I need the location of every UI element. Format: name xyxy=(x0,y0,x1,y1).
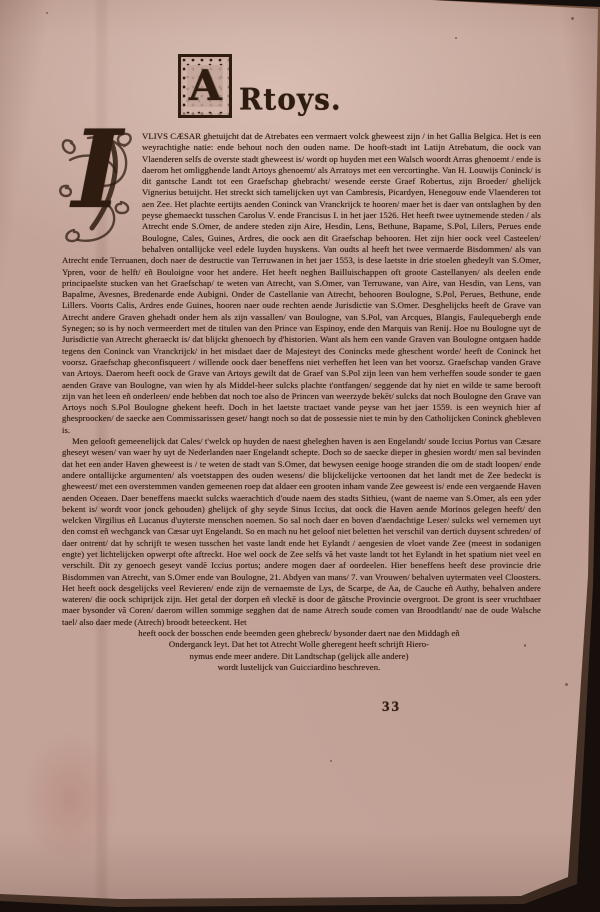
paper-speck xyxy=(46,12,48,14)
photo-background: A Rtoys. xyxy=(0,0,600,912)
text-block: I VLIVS CÆSAR ghetuijcht dat de Atrebate… xyxy=(62,131,541,673)
page-number: 33 xyxy=(382,699,401,716)
book-page: A Rtoys. xyxy=(0,0,600,912)
closing-taper: heeft oock der bosschen ende beemden gee… xyxy=(84,628,514,673)
paper-speck xyxy=(455,37,457,39)
chapter-title: Rtoys. xyxy=(239,82,342,117)
closing-line: nymus ende meer andere. Dit Landtschap (… xyxy=(84,651,514,662)
paper-speck xyxy=(571,17,574,20)
heading-initial-letter: A xyxy=(187,65,224,107)
paper-speck xyxy=(565,683,568,686)
paper-speck xyxy=(330,760,332,762)
woodcut-initial-block: A xyxy=(178,54,232,118)
ornate-dropcap: I xyxy=(58,132,137,244)
closing-line: Onderganck leyt. Dat het tot Atrecht Wol… xyxy=(84,639,514,650)
paragraph-2: Men gelooft gemeenelijck dat Cales/ t'we… xyxy=(62,436,541,628)
dropcap-letter: I xyxy=(72,116,123,224)
closing-line: heeft oock der bosschen ende beemden gee… xyxy=(84,628,514,639)
paper-speck xyxy=(524,644,526,647)
closing-line: wordt lustelijck van Guicciardino beschr… xyxy=(84,662,514,673)
chapter-heading: A Rtoys. xyxy=(178,54,342,118)
